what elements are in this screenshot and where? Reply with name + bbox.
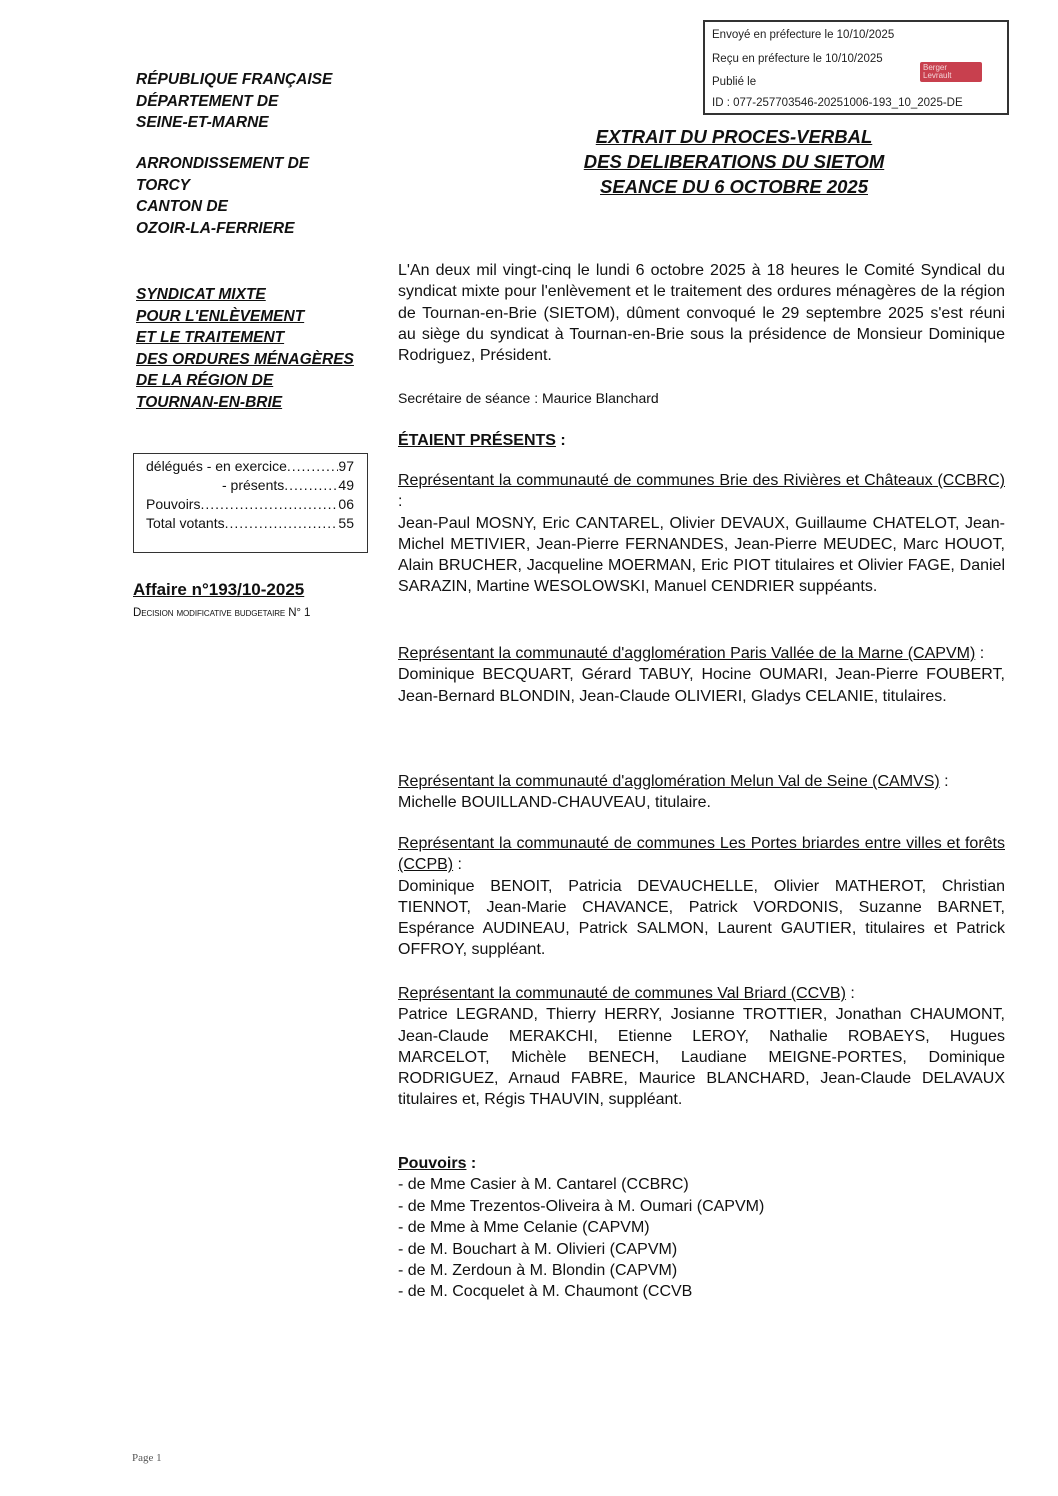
page-number: Page 1 bbox=[132, 1452, 162, 1464]
stamp-sent: Envoyé en préfecture le 10/10/2025 bbox=[712, 29, 894, 41]
secretaire-line: Secrétaire de séance : Maurice Blanchard bbox=[398, 388, 1005, 409]
intro-paragraph: L'An deux mil vingt-cinq le lundi 6 octo… bbox=[398, 260, 1005, 366]
group-heading: Représentant la communauté d'agglomérati… bbox=[398, 773, 940, 790]
affaire-number: Affaire n°193/10-2025 bbox=[133, 580, 304, 600]
pouvoir-item: - de M. Bouchart à M. Olivieri (CAPVM) bbox=[398, 1239, 1005, 1260]
group-heading: Représentant la communauté de communes L… bbox=[398, 835, 1005, 873]
count-presents: - présents 49 bbox=[222, 477, 354, 493]
pouvoir-item: - de Mme à Mme Celanie (CAPVM) bbox=[398, 1217, 1005, 1238]
group-members: Patrice LEGRAND, Thierry HERRY, Josianne… bbox=[398, 1004, 1005, 1110]
pouvoir-item: - de M. Zerdoun à M. Blondin (CAPVM) bbox=[398, 1260, 1005, 1281]
stamp-published: Publié le bbox=[712, 76, 756, 88]
syndicat-header: SYNDICAT MIXTE POUR L'ENLÈVEMENT ET LE T… bbox=[136, 284, 354, 413]
group-members: Dominique BENOIT, Patricia DEVAUCHELLE, … bbox=[398, 876, 1005, 961]
group-members: Jean-Paul MOSNY, Eric CANTAREL, Olivier … bbox=[398, 513, 1005, 598]
republic-header: RÉPUBLIQUE FRANÇAISE DÉPARTEMENT DE SEIN… bbox=[136, 69, 332, 134]
group-capvm: Représentant la communauté d'agglomérati… bbox=[398, 643, 1005, 707]
pouvoir-item: - de Mme Trezentos-Oliveira à M. Oumari … bbox=[398, 1196, 1005, 1217]
berger-levrault-logo: Berger Levrault bbox=[920, 62, 982, 82]
stamp-received: Reçu en préfecture le 10/10/2025 bbox=[712, 53, 883, 65]
group-heading: Représentant la communauté d'agglomérati… bbox=[398, 645, 975, 662]
presents-heading: ÉTAIENT PRÉSENTS : bbox=[398, 430, 1005, 451]
affaire-subject: Decision modificative budgetaire N° 1 bbox=[133, 607, 310, 619]
group-members: Dominique BECQUART, Gérard TABUY, Hocine… bbox=[398, 664, 1005, 707]
group-ccpb: Représentant la communauté de communes L… bbox=[398, 833, 1005, 961]
group-heading: Représentant la communauté de communes B… bbox=[398, 472, 1005, 489]
prefecture-stamp: Envoyé en préfecture le 10/10/2025 Reçu … bbox=[703, 20, 1009, 115]
count-pouvoirs: Pouvoirs 06 bbox=[146, 496, 354, 512]
document-title: EXTRAIT DU PROCES-VERBAL DES DELIBERATIO… bbox=[556, 124, 912, 199]
count-en-exercice: délégués - en exercice 97 bbox=[146, 458, 354, 474]
stamp-id: ID : 077-257703546-20251006-193_10_2025-… bbox=[712, 97, 963, 109]
group-ccvb: Représentant la communauté de communes V… bbox=[398, 983, 1005, 1111]
count-total-votants: Total votants 55 bbox=[146, 515, 354, 531]
group-heading: Représentant la communauté de communes V… bbox=[398, 985, 846, 1002]
group-ccbrc: Représentant la communauté de communes B… bbox=[398, 470, 1005, 598]
pouvoir-item: - de Mme Casier à M. Cantarel (CCBRC) bbox=[398, 1174, 1005, 1195]
group-members: Michelle BOUILLAND-CHAUVEAU, titulaire. bbox=[398, 792, 1005, 813]
vote-count-box: délégués - en exercice 97 - présents 49 … bbox=[133, 453, 368, 553]
group-camvs: Représentant la communauté d'agglomérati… bbox=[398, 771, 1005, 814]
pouvoir-item: - de M. Cocquelet à M. Chaumont (CCVB bbox=[398, 1281, 1005, 1302]
arrondissement-header: ARRONDISSEMENT DE TORCY CANTON DE OZOIR-… bbox=[136, 153, 309, 239]
pouvoirs-section: Pouvoirs : - de Mme Casier à M. Cantarel… bbox=[398, 1153, 1005, 1303]
